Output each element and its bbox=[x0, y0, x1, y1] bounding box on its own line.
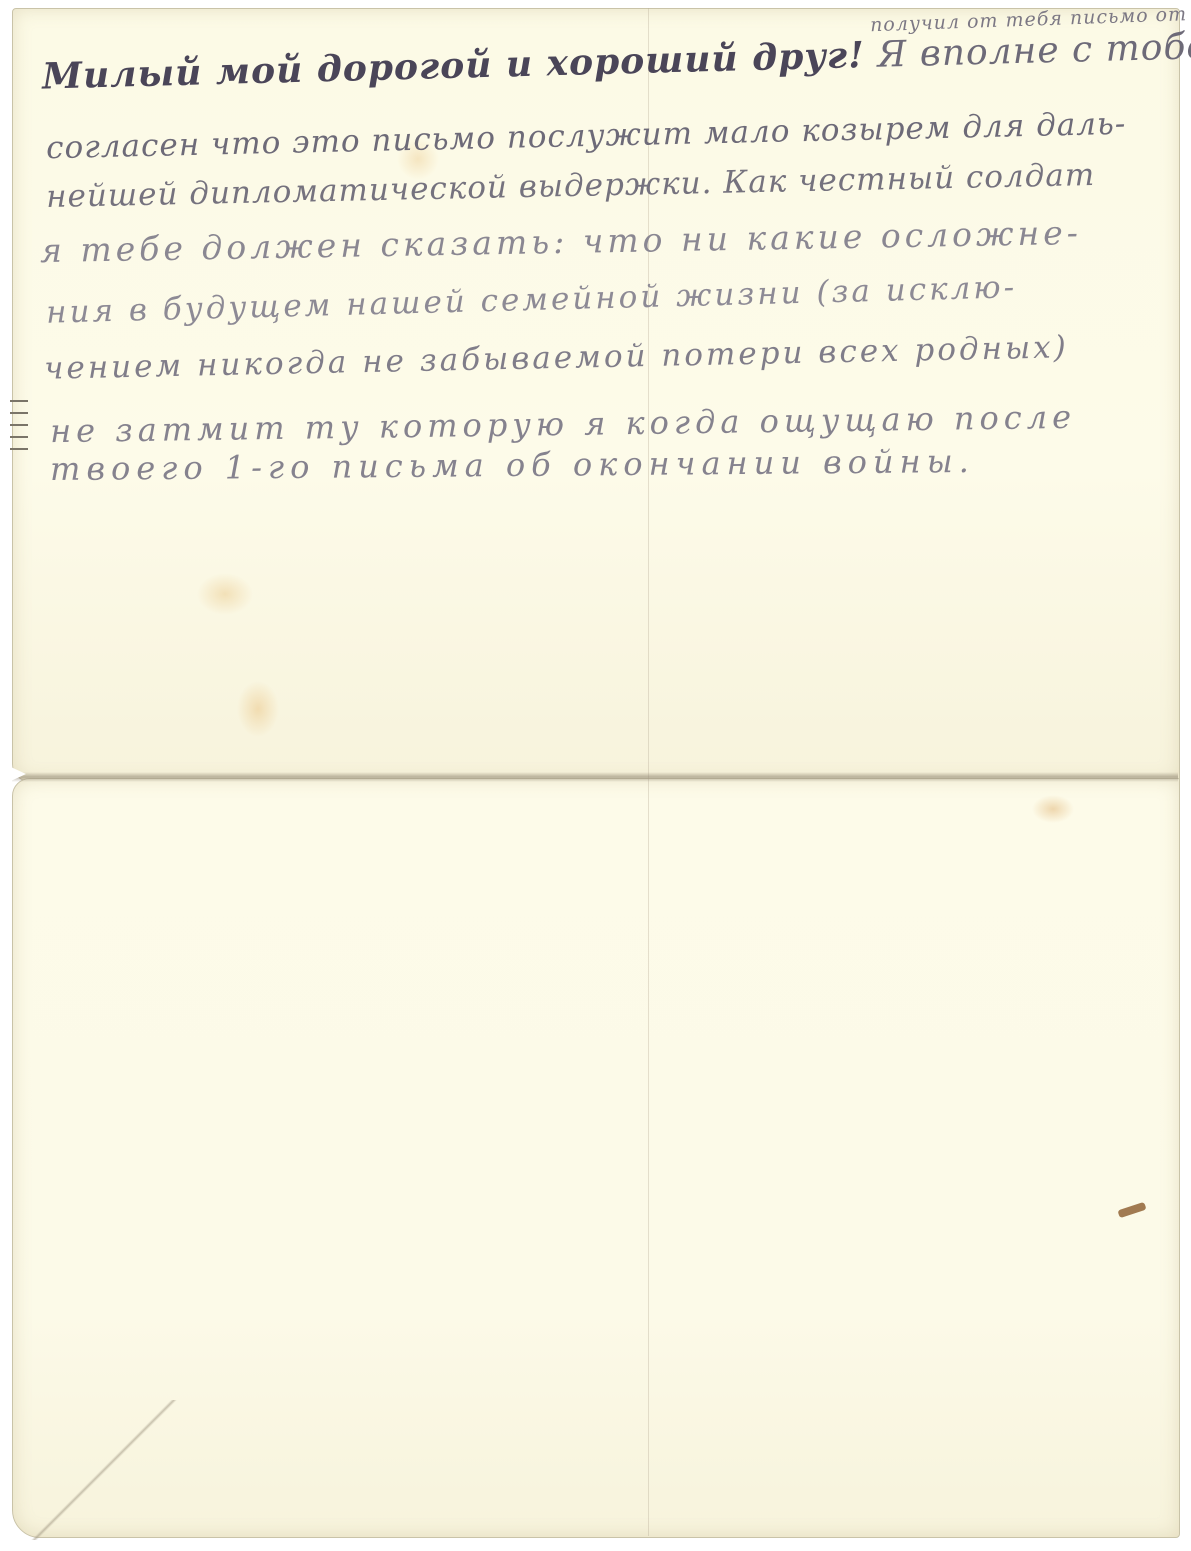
letter-line-4: я тебе должен сказать: что ни какие осло… bbox=[40, 213, 1082, 270]
letter-line-6: чением никогда не забываемой потери всех… bbox=[44, 329, 1069, 386]
letter-line-5: ния в будущем нашей семейной жизни (за и… bbox=[46, 269, 1018, 330]
letter-line-8: твоего 1-го письма об окончании войны. bbox=[50, 442, 975, 488]
scanned-letter: получил от тебя письмо от 6/6 Милый мой … bbox=[0, 0, 1191, 1551]
letter-line-1-rest: Я вполне с тобой bbox=[864, 25, 1191, 76]
letter-line-2: согласен что это письмо послужит мало ко… bbox=[46, 106, 1127, 167]
letter-text: получил от тебя письмо от 6/6 Милый мой … bbox=[0, 0, 1191, 1551]
letter-greeting: Милый мой дорогой и хороший друг! bbox=[42, 34, 866, 98]
letter-line-1: Милый мой дорогой и хороший друг! Я впол… bbox=[42, 24, 1191, 97]
letter-line-3: нейшей дипломатической выдержки. Как чес… bbox=[46, 157, 1096, 215]
